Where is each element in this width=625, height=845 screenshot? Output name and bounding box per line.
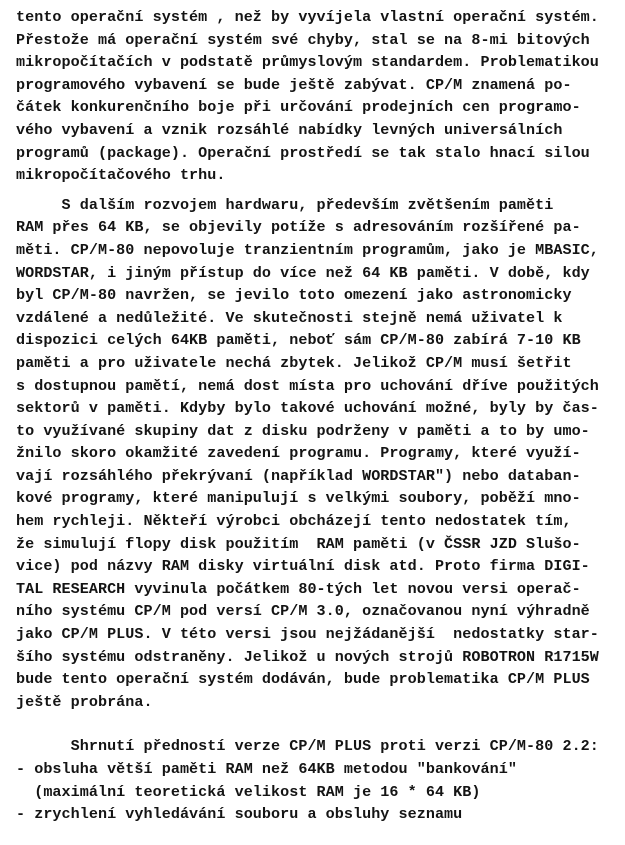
text-line: TAL RESEARCH vyvinula počátkem 80-tých l…	[16, 578, 616, 601]
text-line: ního systému CP/M pod versí CP/M 3.0, oz…	[16, 600, 616, 623]
text-line: byl CP/M-80 navržen, se jevilo toto omez…	[16, 284, 616, 307]
text-line: programů (package). Operační prostředí s…	[16, 142, 616, 165]
list-item: - zrychlení vyhledávání souboru a obsluh…	[16, 803, 616, 826]
text-line: čátek konkurenčního boje při určování pr…	[16, 96, 616, 119]
text-line: S dalším rozvojem hardwaru, především zv…	[16, 194, 616, 217]
text-line: jako CP/M PLUS. V této versi jsou nejžád…	[16, 623, 616, 646]
text-line: vzdálené a nedůležité. Ve skutečnosti st…	[16, 307, 616, 330]
text-line: dispozici celých 64KB paměti, neboť sám …	[16, 329, 616, 352]
text-line: hem rychleji. Někteří výrobci obcházejí …	[16, 510, 616, 533]
text-line: žnilo skoro okamžité zavedení programu. …	[16, 442, 616, 465]
paragraph-cpm-market: tento operační systém , než by vyvíjela …	[16, 6, 616, 187]
text-line: bude tento operační systém dodáván, bude…	[16, 668, 616, 691]
text-line: ještě probrána.	[16, 691, 616, 714]
text-line: sektorů v paměti. Kdyby bylo takové ucho…	[16, 397, 616, 420]
text-line: programového vybavení se bude ještě zabý…	[16, 74, 616, 97]
text-line: tento operační systém , než by vyvíjela …	[16, 6, 616, 29]
text-line: RAM přes 64 KB, se objevily potíže s adr…	[16, 216, 616, 239]
typewritten-page: tento operační systém , než by vyvíjela …	[16, 6, 616, 826]
text-line: s dostupnou pamětí, nemá dost místa pro …	[16, 375, 616, 398]
advantages-list: - obsluha větší paměti RAM než 64KB meto…	[16, 758, 616, 826]
text-line: šího systému odstraněny. Jelikož u novýc…	[16, 646, 616, 669]
text-line: měti. CP/M-80 nepovoluje tranzientním pr…	[16, 239, 616, 262]
text-line: kové programy, které manipulují s velkým…	[16, 487, 616, 510]
text-line: mikropočítačích v podstatě průmyslovým s…	[16, 51, 616, 74]
summary-section: Shrnutí předností verze CP/M PLUS proti …	[16, 735, 616, 825]
text-line: vého vybavení a vznik rozsáhlé nabídky l…	[16, 119, 616, 142]
text-line: paměti a pro uživatele nechá zbytek. Jel…	[16, 352, 616, 375]
text-line: mikropočítačového trhu.	[16, 164, 616, 187]
text-line: že simulují flopy disk použitím RAM pamě…	[16, 533, 616, 556]
text-line: WORDSTAR, i jiným přístup do více než 64…	[16, 262, 616, 285]
summary-heading: Shrnutí předností verze CP/M PLUS proti …	[16, 735, 616, 758]
list-item: - obsluha větší paměti RAM než 64KB meto…	[16, 758, 616, 781]
text-line: vají rozsáhlého překrývaní (například WO…	[16, 465, 616, 488]
text-line: vice) pod názvy RAM disky virtuální disk…	[16, 555, 616, 578]
text-line: to využívané skupiny dat z disku podržen…	[16, 420, 616, 443]
text-line: Přestože má operační systém své chyby, s…	[16, 29, 616, 52]
paragraph-memory-limits: S dalším rozvojem hardwaru, především zv…	[16, 194, 616, 714]
list-item-continuation: (maximální teoretická velikost RAM je 16…	[16, 781, 616, 804]
